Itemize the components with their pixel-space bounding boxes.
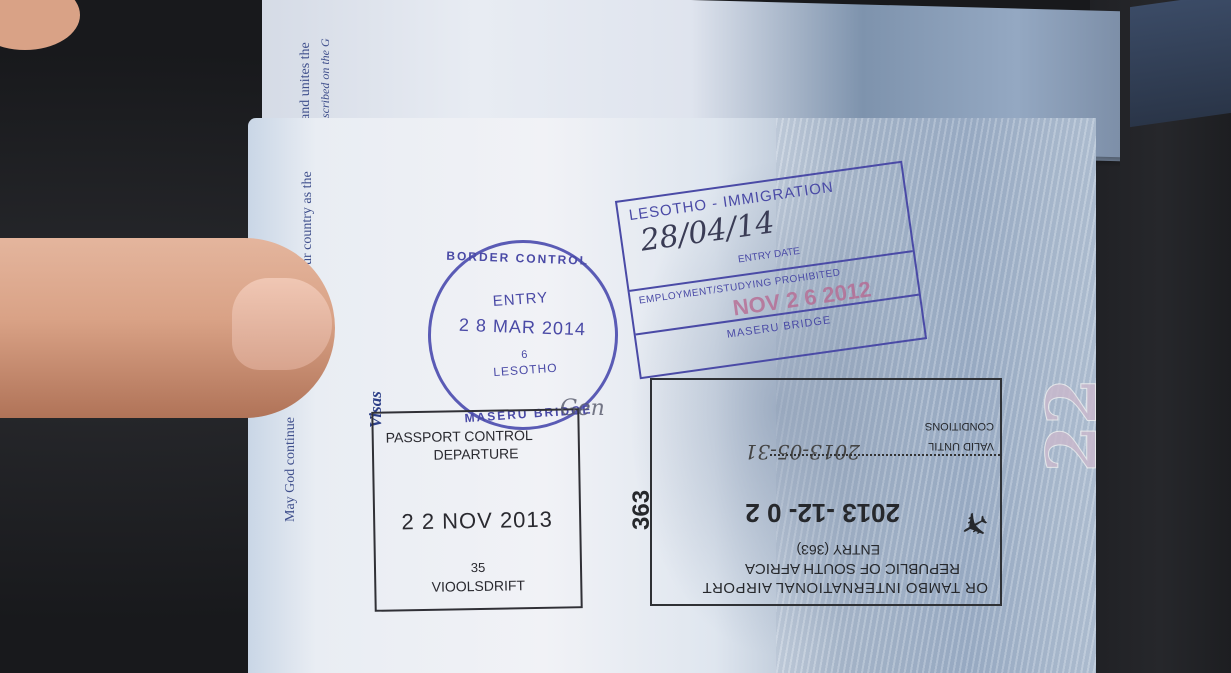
conditions-label: CONDITIONS	[925, 420, 994, 432]
stamp-location: VIOOLSDRIFT	[376, 576, 580, 596]
top-page-text-2: scribed on the G	[318, 38, 333, 118]
stamp-code: 35	[376, 558, 580, 577]
signature-scribble: Gen	[560, 396, 605, 421]
thumbnail	[232, 278, 332, 370]
page-side-text-1: our country as the	[300, 171, 316, 272]
stamp-line3: ENTRY (363)	[796, 542, 880, 558]
seatbelt-strap	[1130, 0, 1231, 127]
stamp-date: 2013 -12- 0 2	[745, 497, 900, 528]
stamp-type: ENTRY	[428, 285, 613, 315]
valid-until-label: VALID UNTIL	[928, 440, 994, 452]
airplane-icon: ✈	[951, 500, 996, 549]
stamp-line2: DEPARTURE	[374, 444, 578, 464]
stamp-line1: OR TAMBO INTERNATIONAL AIRPORT	[702, 579, 988, 596]
page-side-text-2: May God continue	[283, 417, 299, 522]
stamp-line2: REPUBLIC OF SOUTH AFRICA	[745, 560, 960, 577]
south-africa-departure-stamp: PASSPORT CONTROL DEPARTURE 2 2 NOV 2013 …	[371, 408, 582, 612]
dotted-line	[770, 454, 1000, 456]
stamp-side-number: 363	[628, 490, 656, 530]
stamp-date: 2 2 NOV 2013	[375, 506, 579, 536]
top-page-text-1: and unites the	[298, 42, 314, 120]
page-number: 22	[1032, 378, 1112, 473]
stamp-date: 2 8 MAR 2014	[430, 314, 615, 341]
south-africa-entry-stamp: OR TAMBO INTERNATIONAL AIRPORT REPUBLIC …	[650, 378, 1002, 606]
stamp-line1: PASSPORT CONTROL	[386, 426, 590, 446]
handwritten-valid-date: 2013-05-31	[745, 440, 860, 464]
